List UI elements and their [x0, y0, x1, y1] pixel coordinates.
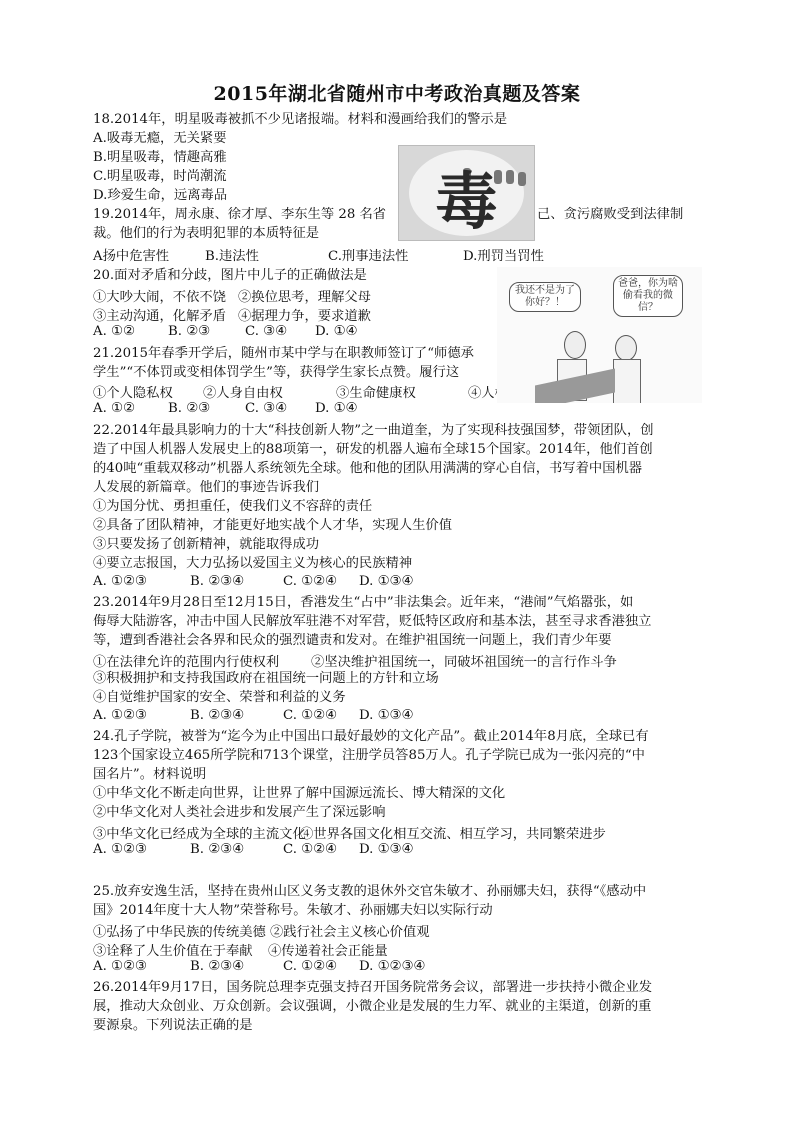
question-22-stem-line3: 的40吨“重载双移动”机器人系统领先全球。他和他的团队用满满的穿心自信，书写着中…	[93, 459, 642, 478]
drug-cartoon-image: 毒	[398, 145, 535, 241]
drug-glyph: 毒	[399, 170, 534, 234]
question-22-stem-line4: 人发展的新篇章。他们的事迹告诉我们	[93, 478, 319, 497]
question-20-stem: 20.面对矛盾和分歧，图片中儿子的正确做法是	[93, 266, 367, 285]
question-23-stem-line3: 等，遭到香港社会各界和民众的强烈谴责和发对。在维护祖国统一问题上，我们青少年要	[93, 631, 612, 650]
question-22-statement-3: ③只要发扬了创新精神，就能取得成功	[93, 535, 319, 554]
question-22-stem-line2: 造了中国人机器人发展史上的88项第一，研发的机器人遍布全球15个国家。2014年…	[93, 440, 653, 459]
question-26-stem-line3: 要源泉。下列说法正确的是	[93, 1016, 253, 1035]
question-24-stem-line3: 国名片”。材料说明	[93, 765, 206, 784]
statement-4: ④世界各国文化相互交流、相互学习，共同繁荣进步	[300, 823, 606, 842]
statement-4: ④据理力争，要求道歉	[238, 305, 371, 324]
document-title: 2015年湖北省随州市中考政治真题及答案	[0, 79, 794, 106]
answer-c: C. ①②④	[283, 708, 337, 723]
question-18-stem: 18.2014年，明星吸毒被抓不少见诸报端。材料和漫画给我们的警示是	[93, 110, 507, 129]
statement-2: ②坚决维护祖国统一，同破坏祖国统一的言行作斗争	[311, 651, 617, 670]
question-24-statement-1: ①中华文化不断走向世界，让世界了解中国源远流长、博大精深的文化	[93, 784, 505, 803]
statement-1: ①弘扬了中华民族的传统美德	[93, 921, 266, 940]
answer-a: A扬中危害性	[93, 245, 169, 264]
question-25-stem-line1: 25.放弃安逸生活，坚持在贵州山区义务支教的退休外交官朱敏才、孙丽娜夫妇，获得“…	[93, 882, 646, 901]
answer-c: C.刑事违法性	[328, 245, 408, 264]
question-19-stem-left: 19.2014年，周永康、徐才厚、李东生等 28 名省	[93, 205, 386, 224]
answer-c: C. ③④	[245, 401, 287, 416]
answer-b: B. ②③④	[190, 574, 244, 589]
question-25-stem-line2: 国》2014年度十大人物”荣誉称号。朱敏才、孙丽娜夫妇以实际行动	[93, 901, 493, 920]
question-22-statement-2: ②具备了团队精神，才能更好地实战个人才华，实现人生价值	[93, 516, 452, 535]
answer-a: A. ①②③	[93, 574, 147, 589]
question-23-statement-3: ③积极拥护和支持我国政府在祖国统一问题上的方针和立场	[93, 669, 439, 688]
statement-4: ④传递着社会正能量	[268, 940, 388, 959]
answer-c: C. ③④	[245, 324, 287, 339]
answer-d: D. ①③④	[359, 574, 413, 589]
answer-b: B.违法性	[205, 245, 259, 264]
question-22-statement-1: ①为国分忧、勇担重任，使我们义不容辞的责任	[93, 497, 372, 516]
statement-1: ①个人隐私权	[93, 382, 173, 401]
statement-2: ②换位思考，理解父母	[238, 286, 371, 305]
answer-b: B. ②③④	[190, 959, 244, 974]
answer-d: D.刑罚当罚性	[463, 245, 544, 264]
answer-c: C. ①②④	[283, 842, 337, 857]
question-24-stem-line2: 123个国家设立465所学院和713个课堂，注册学员答85万人。孔子学院已成为一…	[93, 746, 645, 765]
answer-a: A. ①②③	[93, 842, 147, 857]
answer-a: A. ①②③	[93, 959, 147, 974]
question-24-stem-line1: 24.孔子学院，被誉为“迄今为止中国出口最好最妙的文化产品”。截止2014年8月…	[93, 727, 649, 746]
answer-b: B. ②③④	[190, 708, 244, 723]
answer-b: B. ②③	[168, 324, 210, 339]
answer-c: C. ①②④	[283, 959, 337, 974]
question-26-stem-line2: 展，推动大众创业、万众创新。会议强调，小微企业是发展的生力军、就业的主渠道，创新…	[93, 997, 651, 1016]
answer-d: D. ①③④	[359, 842, 413, 857]
answer-b: B. ②③④	[190, 842, 244, 857]
question-21-stem-line2: 学生”“不体罚或变相体罚学生”等，获得学生家长点赞。履行这	[93, 363, 459, 382]
father-head	[564, 331, 586, 359]
answer-a: A. ①②	[93, 401, 135, 416]
question-21-stem-line1: 21.2015年春季开学后，随州市某中学与在职教师签订了“师德承	[93, 344, 474, 363]
answer-b: B. ②③	[168, 401, 210, 416]
son-speech-bubble: 爸爸，你为啥偷看我的微信？	[613, 275, 683, 317]
answer-a: A. ①②	[93, 324, 135, 339]
answer-d: D. ①④	[315, 401, 357, 416]
son-head	[615, 335, 637, 361]
statement-3: ③生命健康权	[336, 382, 416, 401]
question-23-stem-line2: 侮辱大陆游客，冲击中国人民解放军驻港不对军营，贬低特区政府和基本法，甚至寻求香港…	[93, 612, 651, 631]
statement-3: ③中华文化已经成为全球的主流文化	[93, 823, 306, 842]
father-speech-bubble: 我还不是为了你好？！	[509, 282, 581, 312]
statement-1: ①在法律允许的范围内行使权利	[93, 651, 279, 670]
question-22-stem-line1: 22.2014年最具影响力的十大“科技创新人物”之一曲道奎，为了实现科技强国梦，…	[93, 421, 654, 440]
answer-a: A. ①②③	[93, 708, 147, 723]
son-body	[613, 359, 641, 403]
question-18-option-b: B.明星吸毒，情趣高雅	[93, 148, 227, 167]
document-page: 2015年湖北省随州市中考政治真题及答案 18.2014年，明星吸毒被抓不少见诸…	[0, 0, 794, 1123]
statement-2: ②践行社会主义核心价值观	[270, 921, 430, 940]
answer-d: D. ①④	[315, 324, 357, 339]
question-18-option-d: D.珍爱生命，远离毒品	[93, 186, 227, 205]
father-son-cartoon-image: 我还不是为了你好？！ 爸爸，你为啥偷看我的微信？	[497, 267, 702, 403]
answer-d: D. ①②③④	[359, 959, 425, 974]
question-22-statement-4: ④要立志报国，大力弘扬以爱国主义为核心的民族精神	[93, 554, 412, 573]
question-23-statement-4: ④自觉维护国家的安全、荣誉和利益的义务	[93, 688, 346, 707]
question-23-stem-line1: 23.2014年9月28日至12月15日，香港发生“占中”非法集会。近年来，“港…	[93, 593, 633, 612]
statement-2: ②人身自由权	[203, 382, 283, 401]
question-26-stem-line1: 26.2014年9月17日，国务院总理李克强支持召开国务院常务会议，部署进一步扶…	[93, 978, 652, 997]
question-18-option-c: C.明星吸毒，时尚潮流	[93, 167, 227, 186]
statement-3: ③诠释了人生价值在于奉献	[93, 940, 253, 959]
statement-1: ①大吵大闹，不依不饶	[93, 286, 226, 305]
statement-3: ③主动沟通，化解矛盾	[93, 305, 226, 324]
question-18-option-a: A.吸毒无瘾，无关紧要	[93, 129, 227, 148]
question-19-stem-line2: 裁。他们的行为表明犯罪的本质特征是	[93, 224, 319, 243]
answer-d: D. ①③④	[359, 708, 413, 723]
answer-c: C. ①②④	[283, 574, 337, 589]
question-24-statement-2: ②中华文化对人类社会进步和发展产生了深远影响	[93, 803, 386, 822]
question-19-stem-right: 己、贪污腐败受到法律制	[537, 205, 683, 224]
